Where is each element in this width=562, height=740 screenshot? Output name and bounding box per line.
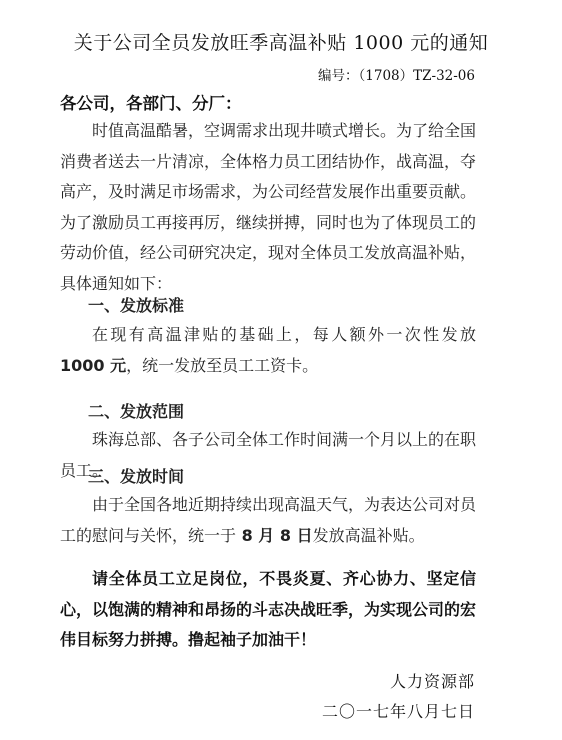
section-body-text: ，统一发放至员工工资卡。 (126, 356, 318, 375)
salutation: 各公司，各部门、分厂： (60, 90, 242, 114)
document-number: 编号：（1708）TZ-32-06 (318, 64, 475, 84)
section-body-standard: 在现有高温津贴的基础上，每人额外一次性发放 1000 元，统一发放至员工工资卡。 (60, 320, 476, 381)
section-heading-standard: 一、发放标准 (88, 293, 184, 316)
notice-document: 关于公司全员发放旺季高温补贴 1000 元的通知 编号：（1708）TZ-32-… (0, 0, 562, 740)
amount-text: 1000 元 (60, 356, 126, 375)
signature-department: 人力资源部 (390, 669, 475, 692)
signature-date: 二〇一七年八月七日 (322, 699, 475, 722)
section-heading-time: 三、发放时间 (88, 464, 184, 487)
intro-paragraph: 时值高温酷暑，空调需求出现井喷式增长。为了给全国消费者送去一片清凉，全体格力员工… (60, 116, 476, 299)
date-text: 8 月 8 日 (236, 526, 313, 545)
document-title: 关于公司全员发放旺季高温补贴 1000 元的通知 (0, 28, 562, 55)
closing-paragraph: 请全体员工立足岗位，不畏炎夏、齐心协力、坚定信心，以饱满的精神和昂扬的斗志决战旺… (60, 564, 476, 656)
section-body-text: 发放高温补贴。 (313, 526, 425, 545)
section-heading-scope: 二、发放范围 (88, 399, 184, 422)
section-body-time: 由于全国各地近期持续出现高温天气，为表达公司对员工的慰问与关怀，统一于 8 月 … (60, 490, 476, 551)
section-body-text: 在现有高温津贴的基础上，每人额外一次性发放 (92, 325, 476, 344)
